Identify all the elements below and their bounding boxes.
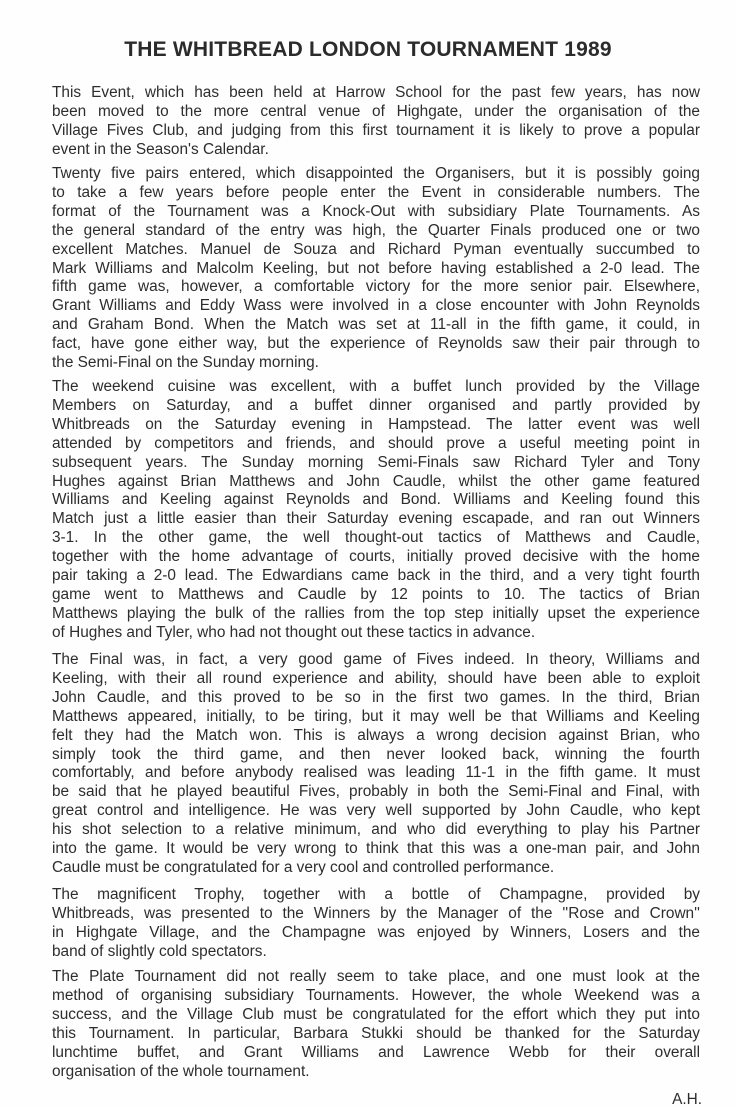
text-line: The weekend cuisine was excellent, with … [52,378,700,397]
text-line: subsequent years. The Sunday morning Sem… [52,454,700,473]
text-line: Village Fives Club, and judging from thi… [52,122,700,141]
text-line: Whitbreads, was presented to the Winners… [52,905,700,924]
text-line: game went to Matthews and Caudle by 12 p… [52,586,700,605]
text-line: Grant Williams and Eddy Wass were involv… [52,297,700,316]
text-line: Twenty five pairs entered, which disappo… [52,165,700,184]
text-line: excellent Matches. Manuel de Souza and R… [52,241,700,260]
text-line: felt they had the Match won. This is alw… [52,727,700,746]
text-line: Caudle must be congratulated for a very … [52,859,700,878]
text-line: in Highgate Village, and the Champagne w… [52,924,700,943]
text-line: pair taking a 2-0 lead. The Edwardians c… [52,567,700,586]
text-line: been moved to the more central venue of … [52,103,700,122]
text-line: success, and the Village Club must be co… [52,1006,700,1025]
author-signature: A.H. [672,1091,702,1107]
text-line: attended by competitors and friends, and… [52,435,700,454]
text-line: his shot selection to a relative minimum… [52,821,700,840]
text-line: Keeling, with their all round experience… [52,670,700,689]
paragraph-final: The Final was, in fact, a very good game… [52,651,700,878]
text-line: event in the Season's Calendar. [52,141,700,160]
text-line: fact, have gone either way, but the expe… [52,335,700,354]
page-title: THE WHITBREAD LONDON TOURNAMENT 1989 [0,38,736,62]
document-page: THE WHITBREAD LONDON TOURNAMENT 1989 Thi… [0,0,736,1107]
text-line: organisation of the whole tournament. [52,1063,700,1082]
text-line: Williams and Keeling against Reynolds an… [52,491,700,510]
text-line: comfortably, and before anybody realised… [52,764,700,783]
paragraph-trophy: The magnificent Trophy, together with a … [52,886,700,962]
text-line: Mark Williams and Malcolm Keeling, but n… [52,260,700,279]
text-line: into the game. It would be very wrong to… [52,840,700,859]
text-line: the Semi-Final on the Sunday morning. [52,354,700,373]
text-line: format of the Tournament was a Knock-Out… [52,203,700,222]
text-line: simply took the third game, and then nev… [52,746,700,765]
text-line: be said that he played beautiful Fives, … [52,783,700,802]
text-line: band of slightly cold spectators. [52,943,700,962]
text-line: and Graham Bond. When the Match was set … [52,316,700,335]
text-line: of Hughes and Tyler, who had not thought… [52,624,700,643]
text-line: this Tournament. In particular, Barbara … [52,1025,700,1044]
paragraph-intro: This Event, which has been held at Harro… [52,84,700,160]
text-line: John Caudle, and this proved to be so in… [52,689,700,708]
text-line: The Final was, in fact, a very good game… [52,651,700,670]
text-line: together with the home advantage of cour… [52,548,700,567]
text-line: great control and intelligence. He was v… [52,802,700,821]
paragraph-plate-tournament: The Plate Tournament did not really seem… [52,968,700,1081]
text-line: Matthews playing the bulk of the rallies… [52,605,700,624]
text-line: to take a few years before people enter … [52,184,700,203]
text-line: Whitbreads on the Saturday evening in Ha… [52,416,700,435]
text-line: the general standard of the entry was hi… [52,222,700,241]
text-line: lunchtime buffet, and Grant Williams and… [52,1044,700,1063]
text-line: 3-1. In the other game, the well thought… [52,529,700,548]
text-line: The Plate Tournament did not really seem… [52,968,700,987]
paragraph-entries: Twenty five pairs entered, which disappo… [52,165,700,373]
paragraph-cuisine-semifinals: The weekend cuisine was excellent, with … [52,378,700,643]
text-line: Matthews appeared, initially, to be tiri… [52,708,700,727]
text-line: Hughes against Brian Matthews and John C… [52,473,700,492]
text-line: method of organising subsidiary Tourname… [52,987,700,1006]
text-line: fifth game was, however, a comfortable v… [52,278,700,297]
text-line: The magnificent Trophy, together with a … [52,886,700,905]
text-line: This Event, which has been held at Harro… [52,84,700,103]
text-line: Match just a little easier than their Sa… [52,510,700,529]
text-line: Members on Saturday, and a buffet dinner… [52,397,700,416]
